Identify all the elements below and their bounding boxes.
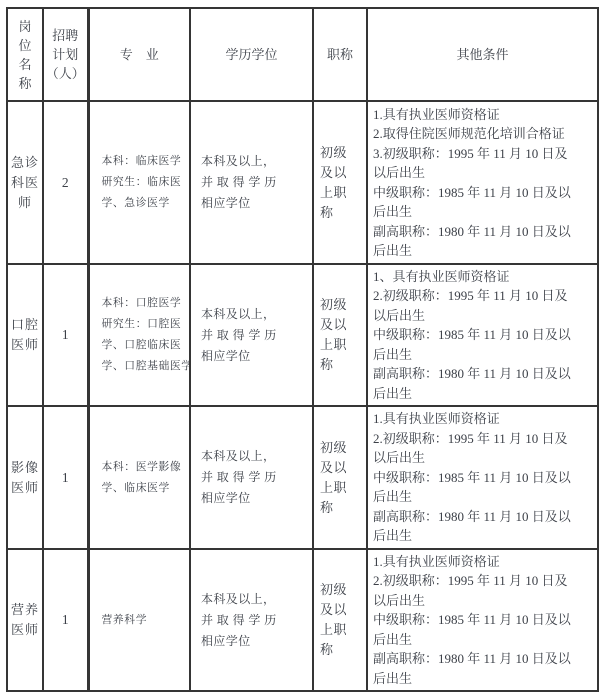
document-page: 岗 位 名 称 招聘 计划 （人） 专 业 学历学位 职称 其他条件 急诊 科医…: [0, 0, 602, 695]
position-name: 口腔 医师: [7, 264, 43, 406]
table-row-imaging-physician: 影像 医师 1 本科：医学影像 学、临床医学 本科及以上， 并 取 得 学 历 …: [7, 406, 598, 549]
header-row: 岗 位 名 称 招聘 计划 （人） 专 业 学历学位 职称 其他条件: [7, 8, 598, 101]
col-header-other: 其他条件: [367, 8, 598, 101]
title-requirement: 初级 及以 上职 称: [313, 101, 367, 264]
recruitment-table: 岗 位 名 称 招聘 计划 （人） 专 业 学历学位 职称 其他条件 急诊 科医…: [6, 7, 599, 692]
title-requirement: 初级 及以 上职 称: [313, 406, 367, 549]
col-header-plan: 招聘 计划 （人）: [43, 8, 88, 101]
table-row-dental-physician: 口腔 医师 1 本科：口腔医学 研究生：口腔医 学、口腔临床医 学、口腔基础医学…: [7, 264, 598, 406]
position-name: 营养 医师: [7, 549, 43, 691]
position-name: 影像 医师: [7, 406, 43, 549]
recruit-count: 2: [43, 101, 88, 264]
degree-requirement: 本科及以上， 并 取 得 学 历 相应学位: [190, 406, 313, 549]
other-conditions: 1.具有执业医师资格证 2.取得住院医师规范化培训合格证 3.初级职称：1995…: [367, 101, 598, 264]
table-row-nutrition-physician: 营养 医师 1 营养科学 本科及以上， 并 取 得 学 历 相应学位 初级 及以…: [7, 549, 598, 691]
recruit-count: 1: [43, 264, 88, 406]
degree-requirement: 本科及以上， 并 取 得 学 历 相应学位: [190, 549, 313, 691]
other-conditions: 1.具有执业医师资格证 2.初级职称：1995 年 11 月 10 日及 以后出…: [367, 406, 598, 549]
recruit-count: 1: [43, 406, 88, 549]
table-row-emergency-physician: 急诊 科医 师 2 本科：临床医学 研究生：临床医 学、急诊医学 本科及以上， …: [7, 101, 598, 264]
col-header-position: 岗 位 名 称: [7, 8, 43, 101]
major-requirement: 本科：医学影像 学、临床医学: [88, 406, 190, 549]
major-requirement: 营养科学: [88, 549, 190, 691]
degree-requirement: 本科及以上， 并 取 得 学 历 相应学位: [190, 264, 313, 406]
title-requirement: 初级 及以 上职 称: [313, 264, 367, 406]
col-header-degree: 学历学位: [190, 8, 313, 101]
major-requirement: 本科：口腔医学 研究生：口腔医 学、口腔临床医 学、口腔基础医学: [88, 264, 190, 406]
position-name: 急诊 科医 师: [7, 101, 43, 264]
recruit-count: 1: [43, 549, 88, 691]
major-requirement: 本科：临床医学 研究生：临床医 学、急诊医学: [88, 101, 190, 264]
col-header-major: 专 业: [88, 8, 190, 101]
col-header-title: 职称: [313, 8, 367, 101]
other-conditions: 1.具有执业医师资格证 2.初级职称：1995 年 11 月 10 日及 以后出…: [367, 549, 598, 691]
other-conditions: 1、具有执业医师资格证 2.初级职称：1995 年 11 月 10 日及 以后出…: [367, 264, 598, 406]
title-requirement: 初级 及以 上职 称: [313, 549, 367, 691]
degree-requirement: 本科及以上， 并 取 得 学 历 相应学位: [190, 101, 313, 264]
